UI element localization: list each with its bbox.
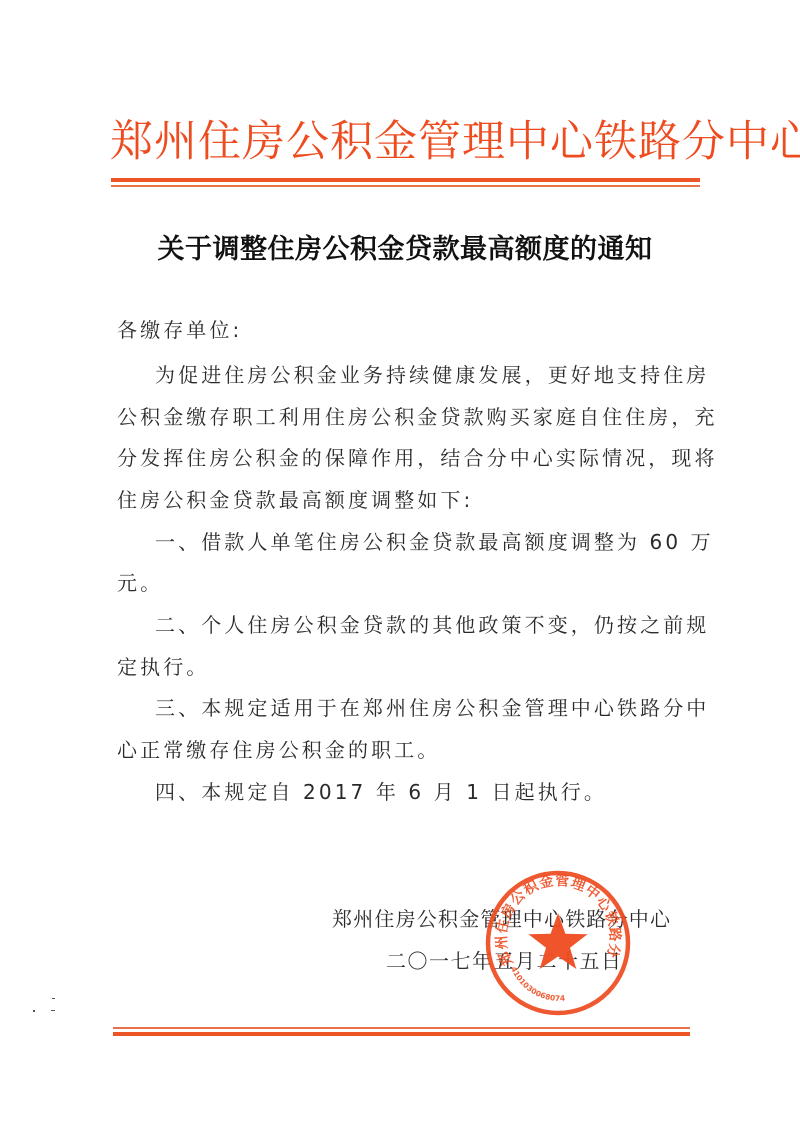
body-line: 分发挥住房公积金的保障作用，结合分中心实际情况，现将 [117, 442, 718, 471]
body-line: 一、借款人单笔住房公积金贷款最高额度调整为 60 万 [155, 526, 714, 555]
footer-rule-thin [113, 1027, 690, 1029]
letterhead-org-name: 郑州住房公积金管理中心铁路分中心 [110, 108, 700, 169]
official-seal-stamp: 郑州住房公积金管理中心铁路分中心 4101030068074 [483, 868, 633, 1018]
body-line: 元。 [117, 567, 163, 596]
header-rule-thin [111, 185, 700, 187]
body-line: 定执行。 [117, 651, 209, 680]
body-line: 二、个人住房公积金贷款的其他政策不变，仍按之前规 [155, 609, 709, 638]
body-line: 四、本规定自 2017 年 6 月 1 日起执行。 [155, 776, 607, 805]
body-line: 心正常缴存住房公积金的职工。 [117, 734, 440, 763]
salutation: 各缴存单位: [117, 314, 242, 343]
body-line: 为促进住房公积金业务持续健康发展，更好地支持住房 [155, 359, 709, 388]
svg-text:4101030068074: 4101030068074 [509, 965, 565, 1003]
header-rule-thick [111, 178, 700, 182]
body-line: 公积金缴存职工利用住房公积金贷款购买家庭自住住房，充 [117, 401, 718, 430]
document-title: 关于调整住房公积金贷款最高额度的通知 [110, 227, 700, 266]
star-icon [529, 913, 588, 969]
body-line: 三、本规定适用于在郑州住房公积金管理中心铁路分中 [155, 692, 709, 721]
footer-rule-thick [113, 1032, 690, 1036]
body-line: 住房公积金贷款最高额度调整如下: [117, 484, 473, 513]
